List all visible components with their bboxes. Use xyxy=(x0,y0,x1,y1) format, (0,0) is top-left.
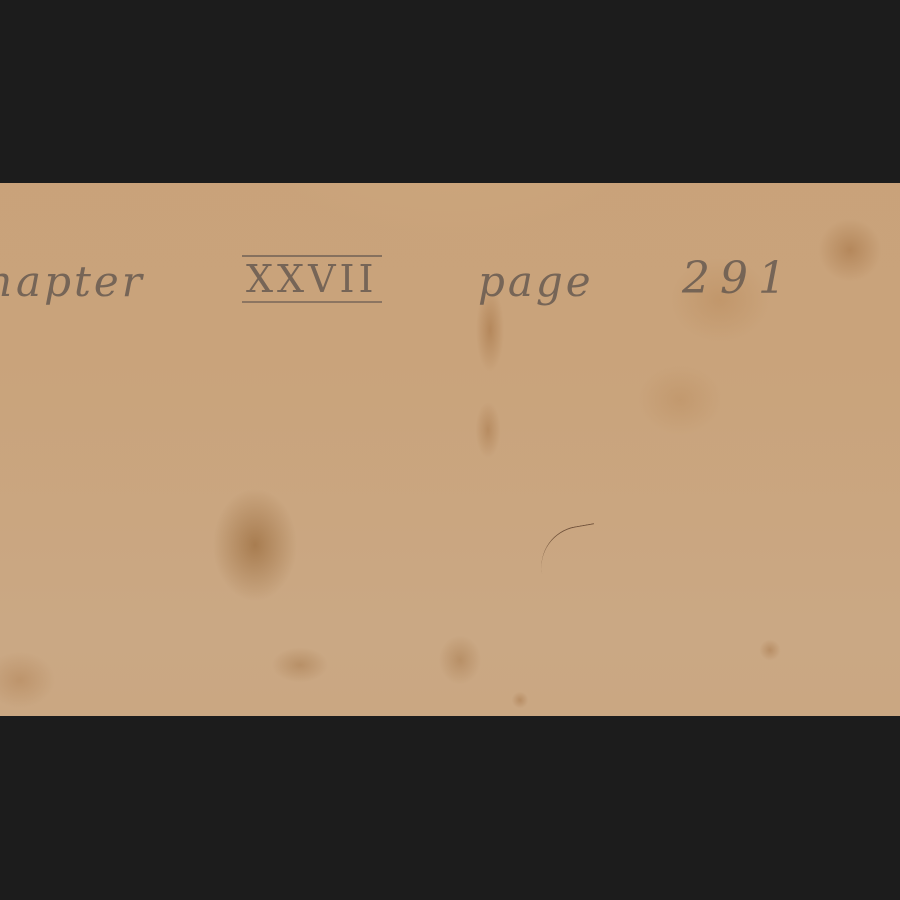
letterbox-top xyxy=(0,0,900,183)
fiber-scratch-mark xyxy=(535,523,601,574)
chapter-word: hapter xyxy=(0,257,145,306)
chapter-number: XXVII xyxy=(242,255,382,303)
aged-paper: hapter XXVII page 291 xyxy=(0,183,900,716)
pencil-inscription: hapter XXVII page 291 xyxy=(0,253,900,353)
page-number: 291 xyxy=(682,253,796,304)
page-word: page xyxy=(478,257,594,306)
letterbox-bottom xyxy=(0,716,900,900)
